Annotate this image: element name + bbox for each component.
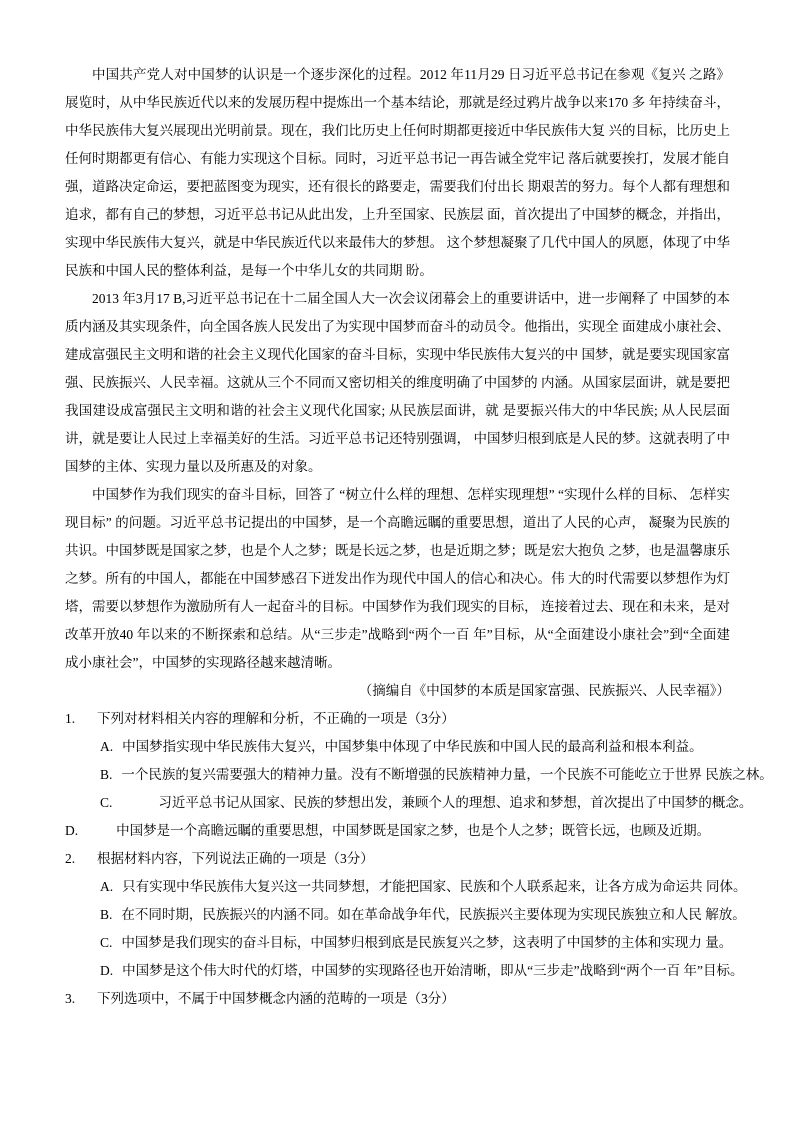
question-3: 3.下列选项中，不属于中国梦概念内涵的范畴的一项是（3分） [65,985,730,1013]
question-3-text: 下列选项中，不属于中国梦概念内涵的范畴的一项是（3分） [97,991,455,1006]
paragraph-3: 中国梦作为我们现实的奋斗目标，回答了 “树立什么样的理想、怎样实现理想” “实现… [65,481,730,677]
question-2-text: 根据材料内容，下列说法正确的一项是（3分） [97,851,374,866]
question-2-stem: 2.根据材料内容，下列说法正确的一项是（3分） [65,845,730,873]
option-c-label: C. [100,935,112,950]
question-1-text: 下列对材料相关内容的理解和分析，不正确的一项是（3分） [97,711,455,726]
question-2-option-b: B.在不同时期，民族振兴的内涵不同。如在革命战争年代，民族振兴主要体现为实现民族… [65,901,730,929]
option-c-text: 习近平总书记从国家、民族的梦想出发，兼顾个人的理想、追求和梦想，首次提出了中国梦… [158,795,752,810]
question-2: 2.根据材料内容，下列说法正确的一项是（3分） A.只有实现中华民族伟大复兴这一… [65,845,730,985]
question-1-option-c: C.习近平总书记从国家、民族的梦想出发，兼顾个人的理想、追求和梦想，首次提出了中… [65,789,730,817]
option-d-label: D. [100,963,113,978]
citation-line: （摘编自《中国梦的本质是国家富强、民族振兴、人民幸福》） [65,677,730,705]
option-a-text: 只有实现中华民族伟大复兴这一共同梦想，才能把国家、民族和个人联系起来，让各方成为… [122,879,746,894]
question-1-option-a: A.中国梦指实现中华民族伟大复兴，中国梦集中体现了中华民族和中国人民的最高利益和… [65,733,730,761]
question-2-number: 2. [65,845,83,873]
document-page: 中国共产党人对中国梦的认识是一个逐步深化的过程。2012 年11月29 日习近平… [0,0,793,1123]
question-3-number: 3. [65,985,83,1013]
option-a-label: A. [100,879,113,894]
question-1-number: 1. [65,705,83,733]
option-b-text: 在不同时期，民族振兴的内涵不同。如在革命战争年代，民族振兴主要体现为实现民族独立… [121,907,745,922]
option-b-label: B. [100,767,112,782]
question-2-option-c: C.中国梦是我们现实的奋斗目标，中国梦归根到底是民族复兴之梦，这表明了中国梦的主… [65,929,730,957]
question-1-stem: 1.下列对材料相关内容的理解和分析，不正确的一项是（3分） [65,705,730,733]
question-1-option-b: B.一个民族的复兴需要强大的精神力量。没有不断增强的民族精神力量，一个民族不可能… [65,761,730,789]
paragraph-1: 中国共产党人对中国梦的认识是一个逐步深化的过程。2012 年11月29 日习近平… [65,61,730,285]
option-a-text: 中国梦指实现中华民族伟大复兴，中国梦集中体现了中华民族和中国人民的最高利益和根本… [122,739,703,754]
question-2-option-a: A.只有实现中华民族伟大复兴这一共同梦想，才能把国家、民族和个人联系起来，让各方… [65,873,730,901]
option-d-text: 中国梦是一个高瞻远瞩的重要思想，中国梦既是国家之梦，也是个人之梦；既管长远，也顾… [116,823,710,838]
option-b-text: 一个民族的复兴需要强大的精神力量。没有不断增强的民族精神力量，一个民族不可能屹立… [121,767,772,782]
option-b-label: B. [100,907,112,922]
option-c-text: 中国梦是我们现实的奋斗目标，中国梦归根到底是民族复兴之梦，这表明了中国梦的主体和… [121,935,732,950]
paragraph-2: 2013 年3月17 B,习近平总书记在十二届全国人大一次会议闭幕会上的重要讲话… [65,285,730,481]
option-c-label: C. [100,795,112,810]
option-d-text: 中国梦是这个伟大时代的灯塔，中国梦的实现路径也开始清晰，即从“三步走”战略到“两… [122,963,743,978]
question-2-option-d: D.中国梦是这个伟大时代的灯塔，中国梦的实现路径也开始清晰，即从“三步走”战略到… [65,957,730,985]
question-1-option-d: D.中国梦是一个高瞻远瞩的重要思想，中国梦既是国家之梦，也是个人之梦；既管长远，… [65,817,730,845]
option-a-label: A. [100,739,113,754]
question-3-stem: 3.下列选项中，不属于中国梦概念内涵的范畴的一项是（3分） [65,985,730,1013]
option-d-label: D. [65,823,78,838]
question-1: 1.下列对材料相关内容的理解和分析，不正确的一项是（3分） A.中国梦指实现中华… [65,705,730,845]
